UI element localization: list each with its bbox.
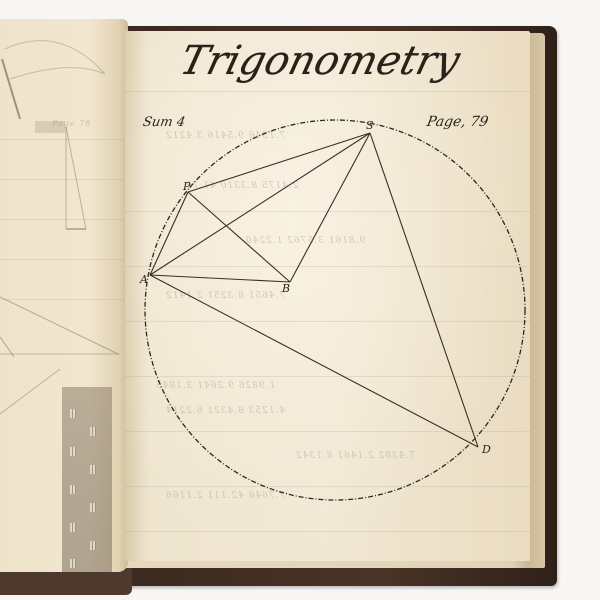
show-through-text: 4.1253 8.4321 6.2214 [165, 406, 285, 416]
window [90, 541, 96, 550]
window [70, 485, 76, 494]
window [70, 447, 76, 456]
page-number: Page, 79 [426, 114, 490, 130]
show-through-text: 2.4175 8.3310 41.72 [185, 181, 298, 191]
show-through-text: 7.7646 42.111 2.1166 [165, 491, 285, 501]
ruled-line [125, 266, 530, 267]
photo-scene: Page 78 [0, 0, 600, 600]
page-title: Trigonometry [169, 38, 470, 84]
ruled-line [125, 486, 530, 487]
window [70, 559, 76, 568]
ruled-line [125, 211, 530, 212]
show-through-text: 9.8161 3.5762 1.2240 [245, 236, 365, 246]
left-page: Page 78 [0, 19, 128, 572]
building-drawing [62, 387, 112, 572]
show-through-text: 7.4651 8.3251 2.1412 [165, 291, 285, 301]
ruled-line [125, 376, 530, 377]
show-through-text: 7.4382 2.1461 8.1342 [295, 451, 415, 461]
window [90, 427, 96, 436]
ruled-line [125, 91, 530, 92]
ruled-line [125, 321, 530, 322]
ruled-line [125, 431, 530, 432]
right-page: 7.1346 9.5416 3.4212 2.4175 8.3310 41.72… [125, 31, 530, 561]
window [70, 523, 76, 532]
ruled-line [125, 531, 530, 532]
window [70, 409, 76, 418]
window [90, 465, 96, 474]
window [90, 503, 96, 512]
sum-number: Sum 4 [142, 115, 187, 130]
show-through-text: 7.1346 9.5416 3.4212 [165, 131, 285, 141]
show-through-text: 1.9826 9.2641 3.1845 [155, 381, 275, 391]
